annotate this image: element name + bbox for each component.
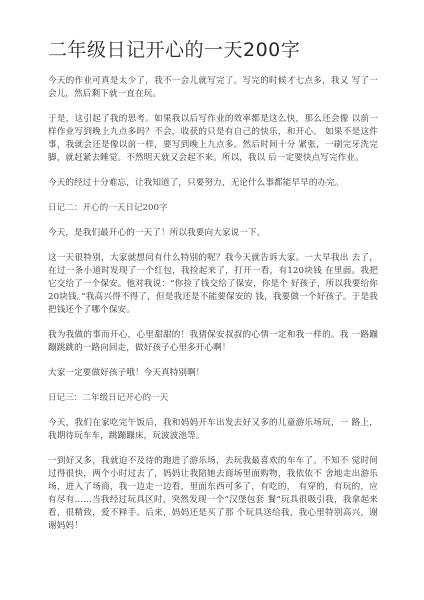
paragraph: 这一天很特别，大家就想问有什么特别的呢？我今天就告诉大家。一大早我出 去了，在过… <box>48 252 378 317</box>
document-page: 二年级日记开心的一天200字 今天的作业可真是太少了，我不一会儿就写完了。写完的… <box>48 38 378 545</box>
paragraph: 一到好又多，我就迫不及待的跑进了游乐场，去玩我最喜欢的车车了。不知不 觉时间过得… <box>48 455 378 533</box>
paragraph: 今天的经过十分难忘，让我知道了，只要努力，无论什么事都能早早的办完。 <box>48 177 378 190</box>
paragraph: 大家一定要做好孩子哦！今天真特别啊！ <box>48 367 378 380</box>
document-title: 二年级日记开心的一天200字 <box>48 38 378 62</box>
paragraph: 今天的作业可真是太少了，我不一会儿就写完了。写完的时候才七点多，我又 写了一会儿… <box>48 75 378 101</box>
paragraph: 今天，是我们最开心的一天了！所以我要向大家说一下。 <box>48 227 378 240</box>
paragraph: 于是，这引起了我的思考。如果我以后写作业的效率都是这么快，那么还会像 以前一样作… <box>48 113 378 165</box>
section-heading: 日记三：二年级日记开心的一天 <box>48 392 378 405</box>
paragraph: 我为我做的事而开心，心里甜甜的！我猜保安叔叔的心情一定和我一样的。我 一路蹦蹦跳… <box>48 329 378 355</box>
paragraph: 今天，我们在家吃完午饭后，我和妈妈开车出发去好又多的儿童游乐场玩，一 路上，我期… <box>48 417 378 443</box>
section-heading: 日记二：开心的一天日记200字 <box>48 202 378 215</box>
